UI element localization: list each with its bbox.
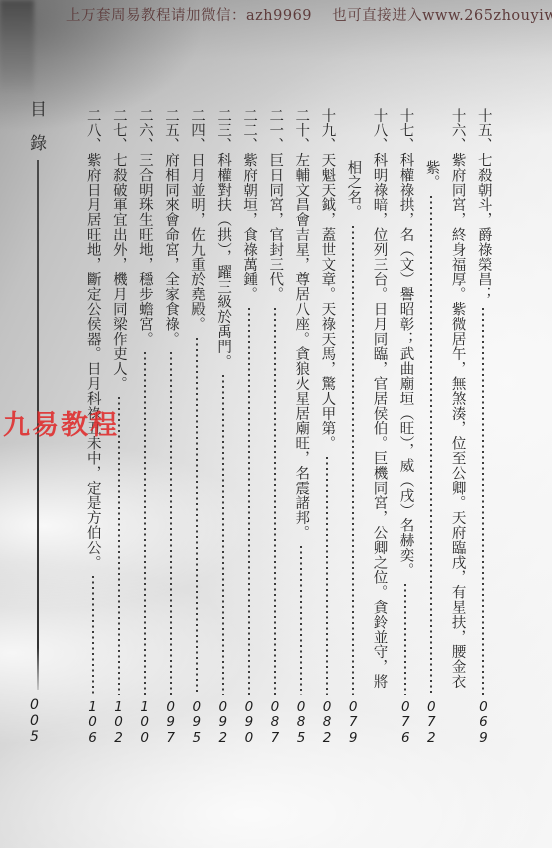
entry-page-number: 087 (271, 700, 280, 749)
page-digit: 0 (140, 715, 149, 731)
toc-page-number: 005 (30, 697, 39, 745)
page-digit: 0 (88, 715, 97, 731)
entry-page-number: 092 (219, 700, 228, 749)
page-digit: 7 (271, 731, 280, 747)
dot-leader (300, 546, 302, 694)
entry-page-number: 069 (479, 700, 488, 749)
toc-column: 十八、科明祿暗，位列三台。日月同臨，官居侯伯。巨機同宮，公卿之位。貪鈴並守，將 (371, 108, 388, 748)
page-digit: 0 (30, 697, 39, 713)
page-digit: 0 (427, 700, 436, 716)
page-digit: 1 (114, 700, 123, 716)
page-digit: 8 (323, 715, 332, 731)
toc-entry-text: 二八、紫府日月居旺地，斷定公侯器。日月科祿丑未中，定是方伯公。 (85, 108, 100, 570)
toc-entry-text: 二五、府相同來會命宮，全家食祿。 (163, 108, 178, 346)
toc-column: 紫。072 (423, 108, 440, 748)
page-title: 目錄 (27, 100, 44, 168)
entry-page-number: 106 (88, 700, 97, 749)
toc-column: 二二、紫府朝垣，食祿萬鍾。090 (240, 108, 257, 748)
toc-column: 十五、七殺朝斗，爵祿榮昌；069 (475, 108, 492, 748)
dot-leader (92, 576, 94, 695)
toc-entry-text: 十六、紫府同宮，終身福厚。紫微居午，無煞湊，位至公卿。天府臨戌，有星扶，腰金衣 (450, 108, 465, 689)
page-digit: 5 (30, 729, 39, 745)
page-digit: 0 (192, 700, 201, 716)
page-digit: 6 (88, 731, 97, 747)
entry-page-number: 102 (114, 700, 123, 749)
page-digit: 7 (349, 715, 358, 731)
page-digit: 1 (140, 700, 149, 716)
page-digit: 0 (114, 715, 123, 731)
page-digit: 0 (271, 700, 280, 716)
dot-leader (404, 584, 406, 695)
entry-page-number: 072 (427, 700, 436, 749)
entry-page-number: 079 (349, 700, 358, 749)
page-digit: 0 (245, 731, 254, 747)
page-digit: 9 (192, 715, 201, 731)
toc-column: 二五、府相同來會命宮，全家食祿。097 (162, 108, 179, 748)
toc-column: 二十、左輔文昌會吉星，尊居八座。貪狼火星居廟旺，名震諸邦。085 (293, 108, 310, 748)
page-digit: 5 (297, 731, 306, 747)
entry-page-number: 100 (140, 700, 149, 749)
scan-corner-shadow (0, 0, 34, 112)
toc-entry-text: 十九、天魁天鉞，蓋世文章。天祿天馬，驚人甲第。 (320, 108, 335, 451)
entry-page-number: 097 (166, 700, 175, 749)
dot-leader (144, 352, 146, 694)
toc-column: 相之名。079 (345, 108, 362, 748)
toc-entry-text: 紫。 (424, 160, 439, 190)
jiuyi-watermark-text: 九易教程 (3, 403, 119, 442)
toc-entry-text: 二七、七殺破軍宜出外，機月同梁作吏人。 (111, 108, 126, 391)
dot-leader (222, 375, 224, 695)
page-digit: 0 (349, 700, 358, 716)
toc-column: 十七、科權祿拱，名（文）譽昭彰；武曲廟垣（旺），威（戌）名赫奕。076 (397, 108, 414, 748)
page-digit: 9 (245, 715, 254, 731)
page-digit: 0 (479, 700, 488, 716)
page-digit: 9 (219, 715, 228, 731)
dot-leader (274, 308, 276, 695)
page-digit: 7 (427, 715, 436, 731)
page-digit: 2 (427, 731, 436, 747)
dot-leader (196, 338, 198, 695)
page-digit: 2 (114, 731, 123, 747)
entry-page-number: 085 (297, 700, 306, 749)
toc-column: 二六、三合明珠生旺地，穩步蟾宮。100 (136, 108, 153, 748)
toc-entry-text: 二十、左輔文昌會吉星，尊居八座。貪狼火星居廟旺，名震諸邦。 (294, 108, 309, 540)
page-digit: 7 (401, 715, 410, 731)
toc-entry-text: 二六、三合明珠生旺地，穩步蟾宮。 (137, 108, 152, 346)
toc-column: 二一、巨日同宮，官封三代。087 (266, 108, 283, 748)
page-digit: 2 (219, 731, 228, 747)
page-digit: 5 (192, 731, 201, 747)
toc-column: 十九、天魁天鉞，蓋世文章。天祿天馬，驚人甲第。082 (319, 108, 336, 748)
page-digit: 0 (166, 700, 175, 716)
toc-entry-text: 相之名。 (346, 160, 361, 220)
page-digit: 0 (323, 700, 332, 716)
toc-entry-text: 二四、日月並明，佐九重於堯殿。 (190, 108, 205, 332)
header-promo-text: 上万套周易教程请加微信：azh9969 也可直接进入www.265zhouyiw… (66, 4, 552, 25)
dot-leader (352, 226, 354, 695)
dot-leader (482, 308, 484, 695)
entry-page-number: 090 (245, 700, 254, 749)
page-digit: 9 (479, 731, 488, 747)
dot-leader (170, 352, 172, 694)
toc-entry-text: 十七、科權祿拱，名（文）譽昭彰；武曲廟垣（旺），威（戌）名赫奕。 (398, 108, 413, 578)
page-digit: 0 (219, 700, 228, 716)
dot-leader (430, 196, 432, 695)
page-digit: 0 (245, 700, 254, 716)
page-digit: 9 (166, 715, 175, 731)
entry-page-number: 076 (401, 700, 410, 749)
toc-column: 二三、科權對扶（拱），躍三級於禹門。092 (214, 108, 231, 748)
toc-column: 十六、紫府同宮，終身福厚。紫微居午，無煞湊，位至公卿。天府臨戌，有星扶，腰金衣 (449, 108, 466, 748)
page-digit: 8 (271, 715, 280, 731)
page-digit: 6 (479, 715, 488, 731)
page-digit: 1 (88, 700, 97, 716)
entry-page-number: 095 (192, 700, 201, 749)
page-digit: 7 (166, 731, 175, 747)
page-digit: 0 (30, 713, 39, 729)
toc-entry-text: 二三、科權對扶（拱），躍三級於禹門。 (216, 108, 231, 369)
page-digit: 0 (297, 700, 306, 716)
entry-page-number: 082 (323, 700, 332, 749)
toc-entry-text: 二二、紫府朝垣，食祿萬鍾。 (242, 108, 257, 302)
page-digit: 0 (401, 700, 410, 716)
page-digit: 0 (140, 731, 149, 747)
toc-entry-text: 十五、七殺朝斗，爵祿榮昌； (476, 108, 491, 302)
dot-leader (248, 308, 250, 695)
dot-leader (326, 457, 328, 695)
page-digit: 2 (323, 731, 332, 747)
page-digit: 8 (297, 715, 306, 731)
toc-entry-text: 二一、巨日同宮，官封三代。 (268, 108, 283, 302)
toc-column: 二四、日月並明，佐九重於堯殿。095 (188, 108, 205, 748)
toc-columns: 十五、七殺朝斗，爵祿榮昌；069十六、紫府同宮，終身福厚。紫微居午，無煞湊，位至… (84, 108, 492, 748)
toc-entry-text: 十八、科明祿暗，位列三台。日月同臨，官居侯伯。巨機同宮，公卿之位。貪鈴並守，將 (372, 108, 387, 689)
page-digit: 9 (349, 731, 358, 747)
page-digit: 6 (401, 731, 410, 747)
